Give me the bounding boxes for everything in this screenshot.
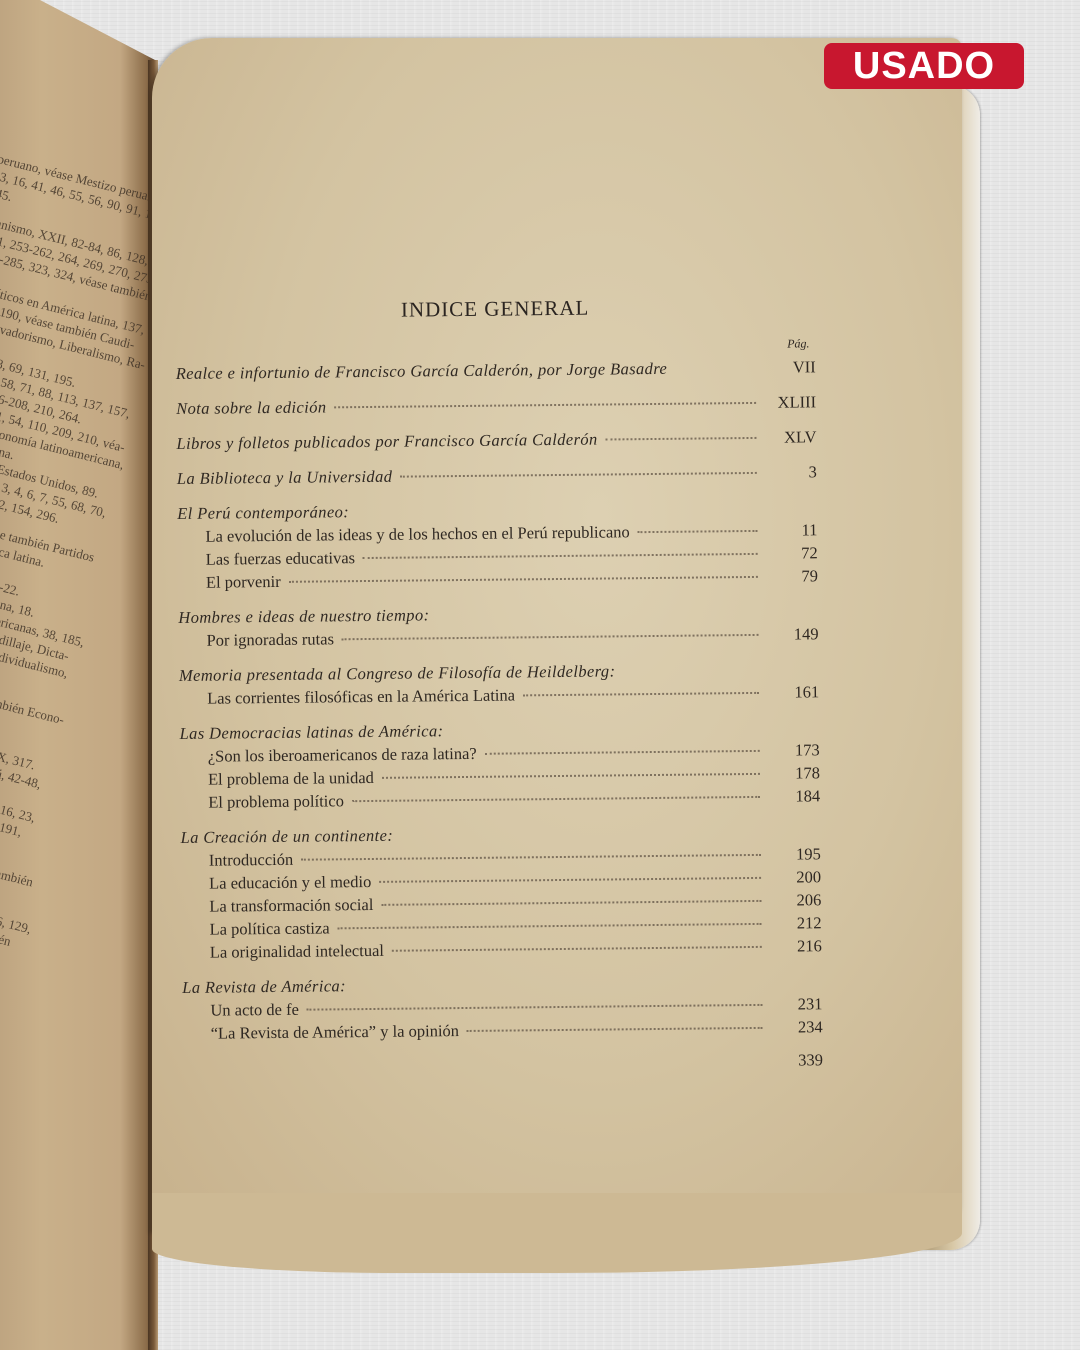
toc-entry-title: El porvenir (206, 570, 281, 594)
toc-title: INDICE GENERAL (175, 293, 815, 325)
dot-leader (301, 854, 761, 861)
toc-entry-page: 11 (765, 518, 817, 542)
front-matter-list: Realce e infortunio de Francisco García … (176, 355, 817, 490)
toc-entry: Realce e infortunio de Francisco García … (176, 355, 816, 385)
toc-entry-page: 72 (766, 541, 818, 565)
dot-leader (400, 472, 757, 478)
used-condition-badge: USADO (824, 43, 1024, 89)
final-page-number: 339 (771, 1048, 823, 1072)
index-fragment-text: peruano, véase Mestizo peruano13, 16, 41… (0, 150, 155, 959)
toc-entry-page: 173 (768, 738, 820, 762)
toc-entry-page: 200 (769, 865, 821, 889)
toc-entry-title: La Biblioteca y la Universidad (177, 465, 393, 490)
toc-entry-title: El problema político (208, 789, 344, 813)
toc-entry-title: La originalidad intelectual (210, 939, 384, 964)
toc-section: La Creación de un continente:Introducció… (181, 819, 822, 964)
dot-leader (307, 1004, 763, 1011)
toc-entry-title: El problema de la unidad (208, 766, 374, 791)
toc-entry-title: Las fuerzas educativas (206, 546, 356, 571)
toc-entry-page: 216 (770, 934, 822, 958)
toc-entry-page: VII (764, 355, 816, 379)
dot-leader (342, 634, 759, 640)
dot-leader (381, 900, 761, 906)
toc-entry: Nota sobre la ediciónXLIII (176, 390, 816, 420)
toc-entry-page: XLV (764, 425, 816, 449)
toc-section: Las Democracias latinas de América:¿Son … (179, 715, 820, 814)
dot-leader (334, 402, 756, 408)
toc-section: El Perú contemporáneo:La evolución de la… (177, 495, 818, 594)
toc-entry-title: Realce e infortunio de Francisco García … (176, 357, 668, 385)
toc-entry-page: 149 (766, 622, 818, 646)
dot-leader (638, 530, 758, 533)
table-of-contents: INDICE GENERAL Pág. Realce e infortunio … (175, 293, 823, 1078)
dot-leader (379, 877, 761, 883)
dot-leader (523, 692, 759, 696)
dot-leader (606, 437, 757, 441)
left-page-index: peruano, véase Mestizo peruano13, 16, 41… (0, 0, 155, 1350)
dot-leader (467, 1027, 763, 1032)
dot-leader (485, 750, 760, 755)
dot-leader (352, 796, 760, 802)
toc-entry-page: 212 (769, 911, 821, 935)
toc-entry: La Biblioteca y la Universidad3 (177, 460, 817, 490)
toc-entry-title: Introducción (209, 848, 294, 872)
dot-leader (382, 773, 760, 779)
toc-entry-title: Por ignoradas rutas (206, 627, 334, 651)
toc-entry-page: 3 (765, 460, 817, 484)
toc-entry-title: La educación y el medio (209, 870, 371, 895)
dot-leader (675, 369, 756, 370)
toc-entry-page: 184 (768, 784, 820, 808)
toc-entry: Libros y folletos publicados por Francis… (176, 425, 816, 455)
toc-entry-page: XLIII (764, 390, 816, 414)
toc-entry-title: La transformación social (209, 893, 373, 918)
toc-section: La Revista de América:Un acto de fe231“L… (182, 969, 823, 1045)
toc-entry-title: Nota sobre la edición (176, 395, 327, 420)
toc-entry-page: 195 (769, 842, 821, 866)
toc-entry-page: 178 (768, 761, 820, 785)
toc-entry-page: 231 (770, 992, 822, 1016)
toc-entry-page: 79 (766, 564, 818, 588)
toc-entry-title: Las corrientes filosóficas en la América… (207, 683, 515, 709)
toc-section: Hombres e ideas de nuestro tiempo:Por ig… (178, 599, 818, 652)
toc-entry-page: 206 (769, 888, 821, 912)
toc-entry-title: Libros y folletos publicados por Francis… (176, 428, 597, 455)
toc-entry-page: 161 (767, 680, 819, 704)
dot-leader (392, 946, 762, 952)
dot-leader (338, 923, 762, 929)
toc-entry-title: La política castiza (209, 916, 329, 940)
dot-leader (363, 553, 758, 559)
toc-entry-page: 234 (771, 1015, 823, 1039)
toc-section: Memoria presentada al Congreso de Filoso… (179, 657, 819, 710)
toc-entry-title: Un acto de fe (210, 998, 299, 1022)
toc-entry-title: La evolución de las ideas y de los hecho… (205, 520, 629, 547)
page-column-label: Pág. (175, 336, 809, 358)
toc-sections: El Perú contemporáneo:La evolución de la… (177, 495, 823, 1045)
toc-entry-title: “La Revista de América” y la opinión (211, 1019, 460, 1045)
toc-entry-title: ¿Son los iberoamericanos de raza latina? (208, 742, 477, 768)
dot-leader (289, 576, 758, 583)
